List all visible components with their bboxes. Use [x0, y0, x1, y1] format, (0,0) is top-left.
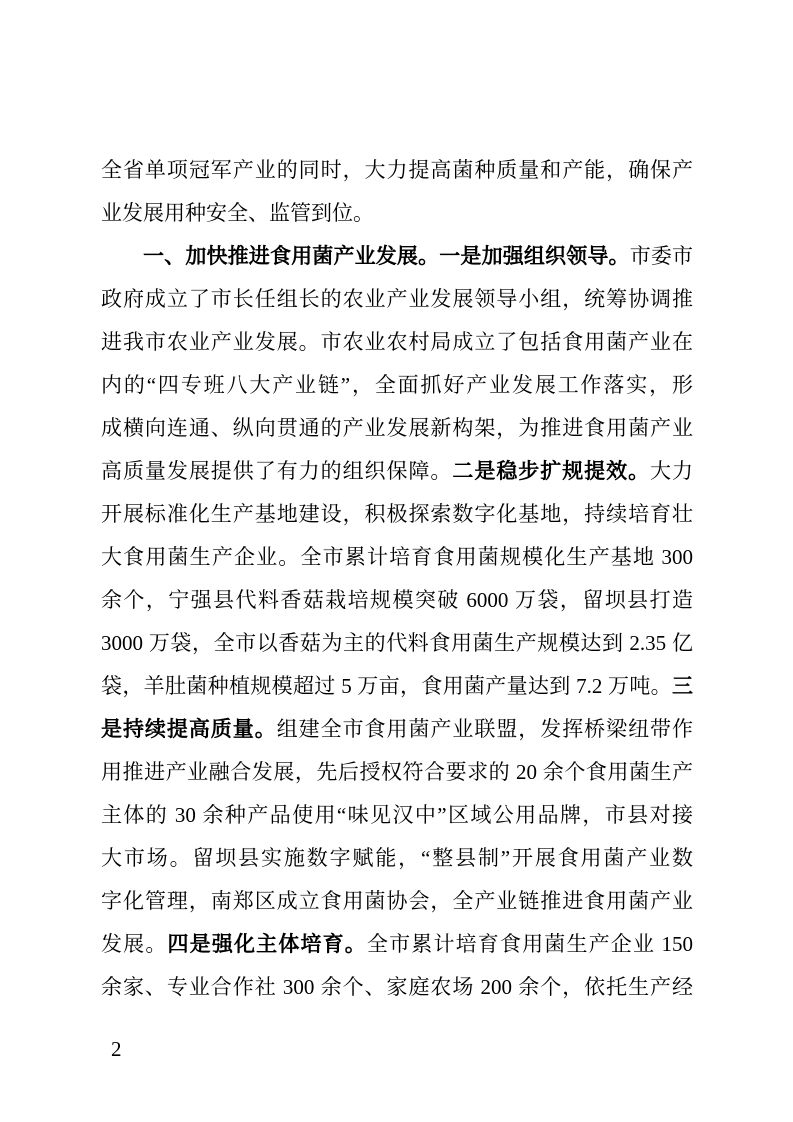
text-segment: 业发展用种安全、监管到位。 [101, 201, 374, 225]
text-line: 成横向连通、纵向贯通的产业发展新构架，为推进食用菌产业 [101, 407, 693, 450]
text-line: 业发展用种安全、监管到位。 [101, 192, 693, 235]
text-line: 是持续提高质量。组建全市食用菌产业联盟，发挥桥梁纽带作 [101, 708, 693, 751]
text-segment: 三 [672, 674, 693, 698]
text-segment: 成横向连通、纵向贯通的产业发展新构架，为推进食用菌产业 [101, 416, 693, 440]
text-segment: 一、加快推进食用菌产业发展。 [143, 245, 439, 268]
text-line: 一、加快推进食用菌产业发展。一是加强组织领导。市委市 [101, 235, 693, 278]
text-segment: 进我市农业产业发展。市农业农村局成立了包括食用菌产业在 [101, 330, 693, 354]
text-segment: 市委市 [630, 244, 693, 268]
text-line: 大食用菌生产企业。全市累计培育食用菌规模化生产基地 300 [101, 536, 693, 579]
text-line: 进我市农业产业发展。市农业农村局成立了包括食用菌产业在 [101, 321, 693, 364]
text-line: 主体的 30 余种产品使用“味见汉中”区域公用品牌，市县对接 [101, 794, 693, 837]
text-segment: 袋，羊肚菌种植规模超过 5 万亩，食用菌产量达到 7.2 万吨。 [101, 674, 672, 698]
text-segment: 内的“四专班八大产业链”，全面抓好产业发展工作落实，形 [101, 373, 693, 397]
text-segment: 是持续提高质量。 [101, 717, 277, 741]
document-page: 全省单项冠军产业的同时，大力提高菌种质量和产能，确保产业发展用种安全、监管到位。… [0, 0, 793, 1122]
text-segment: 余个，宁强县代料香菇栽培规模突破 6000 万袋，留坝县打造 [101, 588, 693, 612]
text-segment: 3000 万袋，全市以香菇为主的代料食用菌生产规模达到 2.35 亿 [101, 631, 693, 655]
page-number: 2 [111, 1031, 122, 1067]
text-segment: 大食用菌生产企业。全市累计培育食用菌规模化生产基地 300 [101, 545, 693, 569]
text-line: 用推进产业融合发展，先后授权符合要求的 20 余个食用菌生产 [101, 751, 693, 794]
text-line: 大市场。留坝县实施数字赋能，“整县制”开展食用菌产业数 [101, 837, 693, 880]
text-line: 3000 万袋，全市以香菇为主的代料食用菌生产规模达到 2.35 亿 [101, 622, 693, 665]
text-line: 字化管理，南郑区成立食用菌协会，全产业链推进食用菌产业 [101, 880, 693, 923]
text-segment: 字化管理，南郑区成立食用菌协会，全产业链推进食用菌产业 [101, 889, 693, 913]
text-line: 政府成立了市长任组长的农业产业发展领导小组，统筹协调推 [101, 278, 693, 321]
text-line: 袋，羊肚菌种植规模超过 5 万亩，食用菌产量达到 7.2 万吨。三 [101, 665, 693, 708]
text-segment: 发展。 [101, 932, 168, 956]
text-segment: 用推进产业融合发展，先后授权符合要求的 20 余个食用菌生产 [101, 760, 693, 784]
text-segment: 政府成立了市长任组长的农业产业发展领导小组，统筹协调推 [101, 287, 693, 311]
text-line: 高质量发展提供了有力的组织保障。二是稳步扩规提效。大力 [101, 450, 693, 493]
text-segment: 全省单项冠军产业的同时，大力提高菌种质量和产能，确保产 [101, 158, 693, 182]
text-line: 余家、专业合作社 300 余个、家庭农场 200 余个，依托生产经 [101, 966, 693, 1009]
text-segment: 一是加强组织领导。 [439, 244, 629, 268]
text-line: 内的“四专班八大产业链”，全面抓好产业发展工作落实，形 [101, 364, 693, 407]
text-line: 发展。四是强化主体培育。全市累计培育食用菌生产企业 150 [101, 923, 693, 966]
text-segment: 余家、专业合作社 300 余个、家庭农场 200 余个，依托生产经 [101, 975, 693, 999]
text-segment: 组建全市食用菌产业联盟，发挥桥梁纽带作 [277, 717, 693, 741]
text-segment: 主体的 30 余种产品使用“味见汉中”区域公用品牌，市县对接 [101, 803, 693, 827]
text-line: 余个，宁强县代料香菇栽培规模突破 6000 万袋，留坝县打造 [101, 579, 693, 622]
text-segment: 大市场。留坝县实施数字赋能，“整县制”开展食用菌产业数 [101, 846, 693, 870]
text-segment: 全市累计培育食用菌生产企业 150 [367, 932, 693, 956]
text-segment: 开展标准化生产基地建设，积极探索数字化基地，持续培育壮 [101, 502, 693, 526]
text-segment: 四是强化主体培育。 [168, 932, 367, 956]
text-segment: 二是稳步扩规提效。 [452, 459, 650, 483]
text-segment: 高质量发展提供了有力的组织保障。 [101, 459, 452, 483]
text-line: 全省单项冠军产业的同时，大力提高菌种质量和产能，确保产 [101, 149, 693, 192]
text-segment: 大力 [650, 459, 693, 483]
document-body: 全省单项冠军产业的同时，大力提高菌种质量和产能，确保产业发展用种安全、监管到位。… [101, 149, 693, 1009]
text-line: 开展标准化生产基地建设，积极探索数字化基地，持续培育壮 [101, 493, 693, 536]
